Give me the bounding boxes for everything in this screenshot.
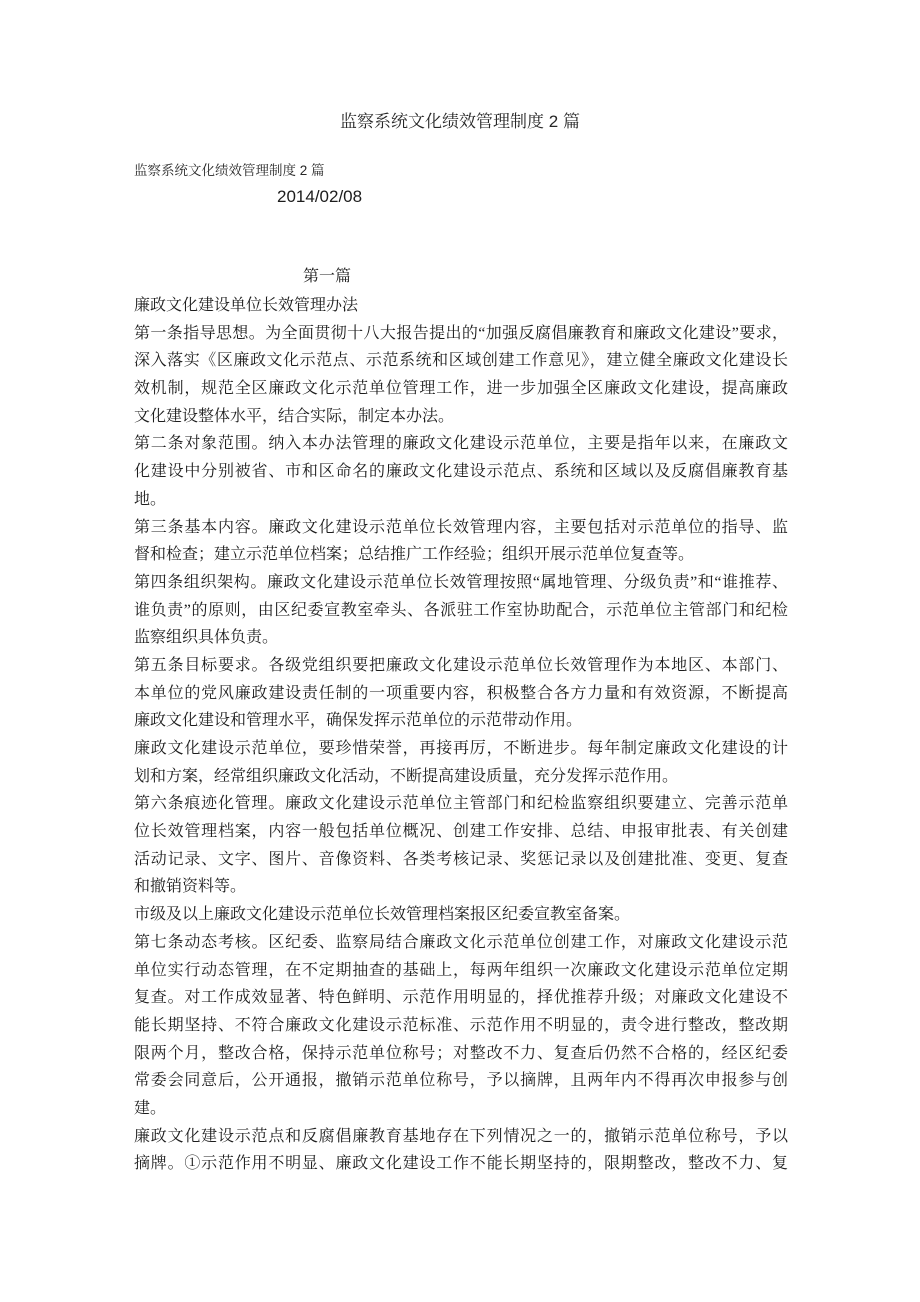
text-line: 廉政文化建设示范点和反腐倡廉教育基地存在下列情况之一的，撤销示范单位称号，予以: [134, 1123, 788, 1151]
text-line: 第二条对象范围。纳入本办法管理的廉政文化建设示范单位，主要是指年以来，在廉政文: [134, 430, 788, 458]
text-line: 廉政文化建设单位长效管理办法: [134, 292, 788, 320]
text-line: 地。: [134, 486, 788, 514]
text-line: 复查。对工作成效显著、特色鲜明、示范作用明显的，择优推荐升级；对廉政文化建设不: [134, 984, 788, 1012]
text-line: 市级及以上廉政文化建设示范单位长效管理档案报区纪委宣教室备案。: [134, 901, 788, 929]
document-page: 监察系统文化绩效管理制度 2 篇 监察系统文化绩效管理制度 2 篇 2014/0…: [0, 0, 920, 1302]
text-line: 限两个月，整改合格，保持示范单位称号；对整改不力、复查后仍然不合格的，经区纪委: [134, 1040, 788, 1068]
text-line: 摘牌。①示范作用不明显、廉政文化建设工作不能长期坚持的，限期整改，整改不力、复: [134, 1150, 788, 1178]
body-text: 廉政文化建设单位长效管理办法第一条指导思想。为全面贯彻十八大报告提出的“加强反腐…: [134, 292, 788, 1178]
text-line: 第四条组织架构。廉政文化建设示范单位长效管理按照“属地管理、分级负责”和“谁推荐…: [134, 569, 788, 597]
text-line: 第六条痕迹化管理。廉政文化建设示范单位主管部门和纪检监察组织要建立、完善示范单: [134, 790, 788, 818]
document-date: 2014/02/08: [277, 185, 362, 209]
document-title: 监察系统文化绩效管理制度 2 篇: [0, 110, 920, 134]
text-line: 建。: [134, 1095, 788, 1123]
section-heading-first-article: 第一篇: [303, 265, 351, 289]
text-line: 能长期坚持、不符合廉政文化建设示范标准、示范作用不明显的，责令进行整改，整改期: [134, 1012, 788, 1040]
text-line: 化建设中分别被省、市和区命名的廉政文化建设示范点、系统和区域以及反腐倡廉教育基: [134, 458, 788, 486]
text-line: 文化建设整体水平，结合实际，制定本办法。: [134, 403, 788, 431]
text-line: 和撤销资料等。: [134, 873, 788, 901]
text-line: 廉政文化建设和管理水平，确保发挥示范单位的示范带动作用。: [134, 707, 788, 735]
text-line: 单位实行动态管理，在不定期抽查的基础上，每两年组织一次廉政文化建设示范单位定期: [134, 957, 788, 985]
text-line: 常委会同意后，公开通报，撤销示范单位称号，予以摘牌，且两年内不得再次申报参与创: [134, 1067, 788, 1095]
text-line: 本单位的党风廉政建设责任制的一项重要内容，积极整合各方力量和有效资源，不断提高: [134, 680, 788, 708]
text-line: 监察组织具体负责。: [134, 624, 788, 652]
text-line: 第七条动态考核。区纪委、监察局结合廉政文化示范单位创建工作，对廉政文化建设示范: [134, 929, 788, 957]
text-line: 效机制，规范全区廉政文化示范单位管理工作，进一步加强全区廉政文化建设，提高廉政: [134, 375, 788, 403]
text-line: 位长效管理档案，内容一般包括单位概况、创建工作安排、总结、申报审批表、有关创建: [134, 818, 788, 846]
text-line: 深入落实《区廉政文化示范点、示范系统和区域创建工作意见》，建立健全廉政文化建设长: [134, 347, 788, 375]
text-line: 谁负责”的原则，由区纪委宣教室牵头、各派驻工作室协助配合，示范单位主管部门和纪检: [134, 597, 788, 625]
text-line: 廉政文化建设示范单位，要珍惜荣誉，再接再厉，不断进步。每年制定廉政文化建设的计: [134, 735, 788, 763]
text-line: 第一条指导思想。为全面贯彻十八大报告提出的“加强反腐倡廉教育和廉政文化建设”要求…: [134, 320, 788, 348]
text-line: 督和检查；建立示范单位档案；总结推广工作经验；组织开展示范单位复查等。: [134, 541, 788, 569]
text-line: 第三条基本内容。廉政文化建设示范单位长效管理内容，主要包括对示范单位的指导、监: [134, 514, 788, 542]
text-line: 第五条目标要求。各级党组织要把廉政文化建设示范单位长效管理作为本地区、本部门、: [134, 652, 788, 680]
document-subtitle: 监察系统文化绩效管理制度 2 篇: [134, 161, 325, 181]
text-line: 活动记录、文字、图片、音像资料、各类考核记录、奖惩记录以及创建批准、变更、复查: [134, 846, 788, 874]
text-line: 划和方案，经常组织廉政文化活动，不断提高建设质量，充分发挥示范作用。: [134, 763, 788, 791]
